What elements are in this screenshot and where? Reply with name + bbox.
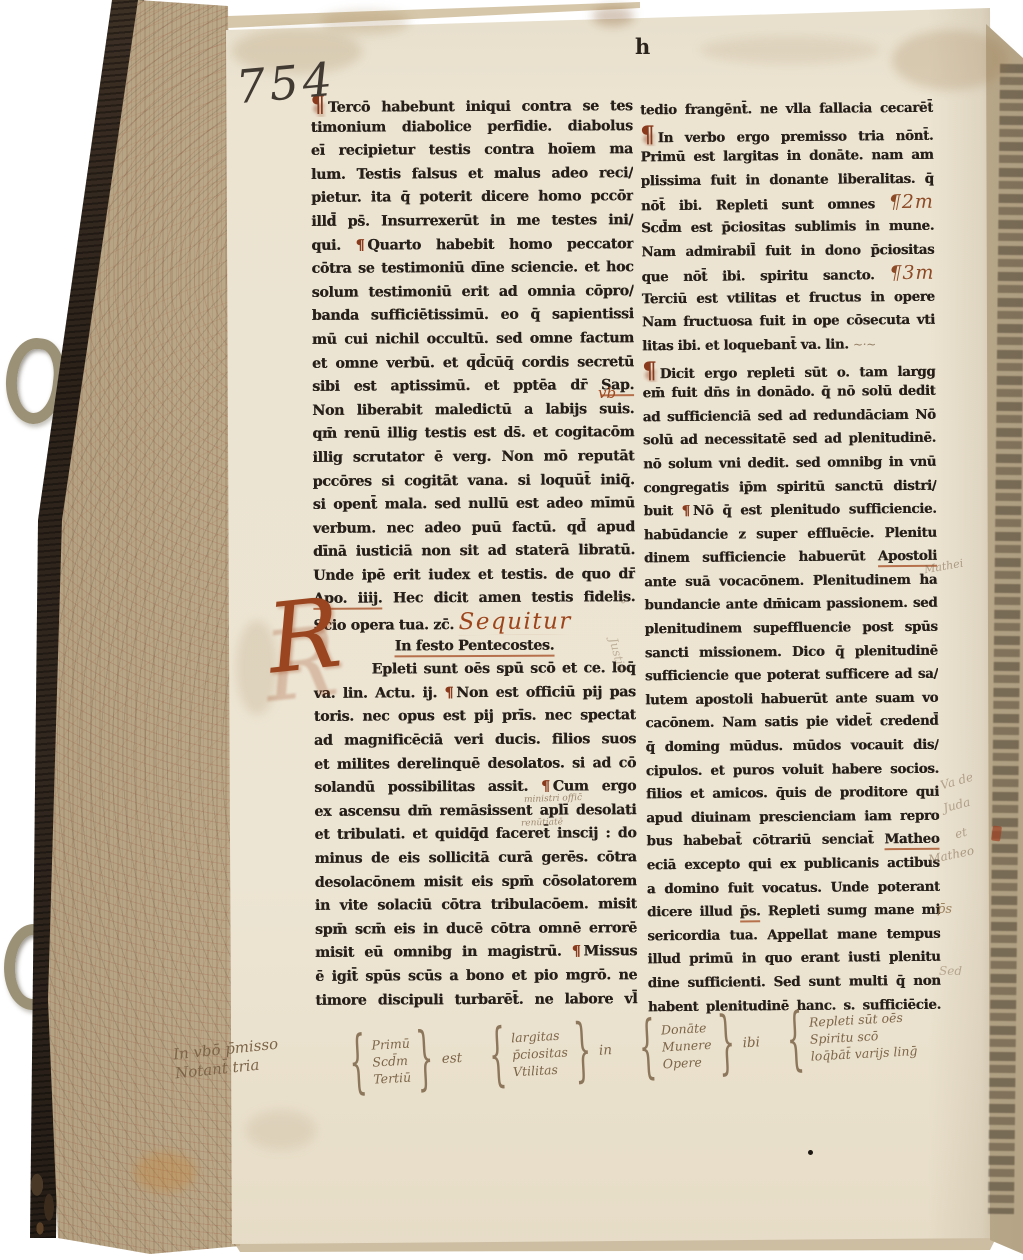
text-line: plenitudinem supeffluencie post spūs xyxy=(645,616,938,642)
signature-mark: h xyxy=(635,34,650,59)
text-line: dīnā iusticiā non sit ad staterā libratū… xyxy=(313,539,635,564)
text-line: solum testimoniū erit ad omnia cōpro/ xyxy=(312,280,634,305)
text-column-right: tedio frangēnt̄. ne vlla fallacia cecarē… xyxy=(640,97,941,1020)
text-line: dinem sufficiencie habuerūt Apostoli xyxy=(644,545,937,571)
text-line: solandū possibilitas assit. ¶Cum ergo xyxy=(314,775,636,800)
bottom-note-group: {largitasp̄ciositasVtilitas}in xyxy=(487,1025,615,1081)
page-stain xyxy=(134,1152,196,1192)
text-line: Scd̄m est p̄ciositas sublimis in mune. xyxy=(641,215,934,241)
text-line: In festo Pentecostes. xyxy=(313,634,635,659)
bottom-note-item: largitas xyxy=(511,1027,568,1045)
text-line: em̄ fuit dn̄s in donādo. q̄ nō solū dedi… xyxy=(642,380,935,406)
text-line: qm̄ renū illig testis est ds̄. et cogita… xyxy=(312,421,634,446)
text-line: buit ¶Nō q̄ est plenitudo sufficiencie. xyxy=(643,498,936,524)
text-line: pccōres si cogitāt vana. si loquūt̄ iniq… xyxy=(313,469,635,494)
text-line: apud diuinam prescienciam iam repro xyxy=(646,805,939,831)
text-line: Terciū est vtilitas et fructus in opere xyxy=(642,285,935,311)
text-line: sericordia tua. Appellat mane tempus xyxy=(647,922,940,948)
red-margin-note: vb xyxy=(598,384,616,402)
text-line: pietur. ita q̄ poterit dicere homo pccōr xyxy=(311,186,633,211)
text-line: Scio opera tua. zc̄. Sequitur xyxy=(313,610,635,635)
bottom-note-items: DonāteMunereOpere xyxy=(661,1020,713,1072)
bottom-note-connector: ibi xyxy=(740,1034,762,1051)
text-line: lum. Testis falsus et malus adeo reci/ xyxy=(311,162,633,187)
bottom-note-item: Donāte xyxy=(661,1020,711,1038)
bottom-note-items: Repleti sūt oēsSpiritu scōloq̄bāt̄ varij… xyxy=(809,1009,918,1064)
text-line: et omne verbū. et qd̄cūq̄ cordis secretū xyxy=(312,351,634,376)
spine-fray xyxy=(28,1172,58,1236)
text-line: filios et amicos. q̄uis de proditore qui xyxy=(646,781,939,807)
brace-close: } xyxy=(715,1003,736,1084)
text-line: dicere illud p̄s. Repleti sumg mane mi xyxy=(647,899,940,925)
text-line: eciā excepto qui ex publicanis actibus xyxy=(647,852,940,878)
bottom-note-items: largitasp̄ciositasVtilitas xyxy=(511,1027,569,1079)
margin-note: Sed xyxy=(939,964,962,978)
text-column-left: ¶Tercō habebunt iniqui contra se testimo… xyxy=(311,91,638,1013)
bottom-note-group: {DonāteMunereOpere}ibi xyxy=(637,1017,764,1072)
text-line: bundancie ante dm̄icam passionem. sed xyxy=(644,592,937,618)
text-line: eī recipietur testis contra hoīem ma xyxy=(311,138,633,163)
text-line: timonium diabolice perfidie. diabolus xyxy=(311,115,633,140)
page-stain xyxy=(246,1110,316,1150)
initial-letter-R: R xyxy=(263,584,345,687)
interlinear-note: ministri offic̄ xyxy=(524,793,582,805)
text-line: ¶In verbo ergo premisso tria nōnt̄. xyxy=(640,120,933,146)
page-stain xyxy=(700,36,880,64)
text-line: cōtra se testimoniū dīne sciencie. et ho… xyxy=(311,256,633,281)
interlinear-note: renūtiatē xyxy=(521,817,563,828)
page-stain xyxy=(892,30,1008,90)
text-line: banda sufficiētissimū. eo q̄ sapientissi xyxy=(312,304,634,329)
page-stain xyxy=(320,10,410,34)
text-line: ad sufficienciā sed ad redundāciam Nō xyxy=(643,403,936,429)
text-line: nō solum vni dedit. sed omnibg in vnū xyxy=(643,451,936,477)
text-line: toris. nec opus est pij prīs. nec specta… xyxy=(314,705,636,730)
text-line: timore discipuli turbarēt̄. ne labore vl… xyxy=(315,988,637,1013)
text-line: Epleti sunt oēs spū scō et ce. loq̄ xyxy=(314,657,636,682)
text-line: cipulos. et puros voluit habere socios. xyxy=(646,757,939,783)
text-line: ante suā vocacōnem. Plenitudinem ha xyxy=(644,569,937,595)
text-line: litas ibi. et loquebant̄ va. lin. ~·~ xyxy=(642,333,935,359)
bottom-note-item: Tertiū xyxy=(373,1070,412,1087)
page-stain xyxy=(592,6,634,26)
text-line: in vite solaciū cōtra tribulacōem. misit xyxy=(315,893,637,918)
text-line: Apo. iiij. Hec dicit amen testis fidelis… xyxy=(313,587,635,612)
bottom-note-item: Vtilitas xyxy=(513,1061,570,1079)
text-line: si opent̄ mala. sed nullū est adeo mīmū xyxy=(313,492,635,517)
text-line: habūdancie z super effluēcie. Plenitu xyxy=(644,521,937,547)
text-line: ¶Tercō habebunt iniqui contra se tes xyxy=(311,91,633,116)
text-line: verbum. nec adeo puū factū. qd̄ apud xyxy=(313,516,635,541)
bottom-note-connector: in xyxy=(596,1041,614,1058)
bottom-note-item: Opere xyxy=(662,1054,712,1072)
text-line: Non liberabit maledictū a labijs suis. xyxy=(312,398,634,423)
text-line: et milites derelinquē desolatos. si ad c… xyxy=(314,752,636,777)
text-line: tedio frangēnt̄. ne vlla fallacia cecarē… xyxy=(640,97,933,123)
text-line: mū cui nichil occultū. sed omne factum xyxy=(312,327,634,352)
ink-dot xyxy=(808,1150,813,1155)
text-line: illud primū in quo erant iusti plenitu xyxy=(647,946,940,972)
text-line: illig scrutator ē verg. Non mō reputāt xyxy=(312,445,634,470)
text-line: bus habebat̄ cōtrariū senciat̄ Matheo xyxy=(646,828,939,854)
bottom-note-item: Scd̄m xyxy=(372,1053,411,1070)
text-line: a domino fuit vocatus. Unde poterant xyxy=(647,875,940,901)
text-line: que nōt̄ ibi. spiritu sancto. ¶3m xyxy=(641,262,934,288)
text-line: Nam admirabil̄ fuit in dono p̄ciositas xyxy=(641,238,934,264)
bottom-note-item: Munere xyxy=(662,1037,712,1055)
text-line: sancti missionem. Dico q̄ plenitudinē xyxy=(645,639,938,665)
text-line: q̄ doming mūdus. mūdos vocauit dis/ xyxy=(646,734,939,760)
text-line: nōt̄ ibi. Repleti sunt omnes ¶2m xyxy=(641,191,934,217)
text-line: congregatis ip̄m spiritū sanctū distri/ xyxy=(643,474,936,500)
text-line: ¶Dicit ergo repleti sūt o. tam largg xyxy=(642,356,935,382)
text-line: Nam fructuosa fuit in ope cōsecuta vti xyxy=(642,309,935,335)
text-line: va. lin. Actu. ij. ¶Non est officiū pij … xyxy=(314,681,636,706)
text-line: plissima fuit in donante liberalitas. q̄ xyxy=(641,168,934,194)
bottom-note-items: PrimūScd̄mTertiū xyxy=(371,1036,412,1087)
bottom-note-item: Primū xyxy=(371,1036,410,1053)
text-line: ad magnificēciā veri ducis. filios suos xyxy=(314,728,636,753)
text-line: misit eū omnibg in magistrū. ¶Missus xyxy=(315,941,637,966)
text-line: sibi est aptissimū. et pptēa dr̄ Sap. xyxy=(312,374,634,399)
bottom-note-group: {Repleti sūt oēsSpiritu scōloq̄bāt̄ vari… xyxy=(785,1009,918,1065)
bottom-note-group: {PrimūScd̄mTertiū}est xyxy=(347,1033,465,1088)
text-line: cacōnem. Nam satis pie videt̄ credend̄ xyxy=(645,710,938,736)
bottom-note-item: p̄ciositas xyxy=(512,1044,569,1062)
text-line: et tribulati. et quidq̄d faceret̄ inscij… xyxy=(314,823,636,848)
bottom-note-connector: est xyxy=(439,1049,464,1066)
text-line: illd̄ ps̄. Insurrexerūt in me testes ini… xyxy=(311,209,633,234)
folio-number: 754 xyxy=(234,52,338,114)
text-line: sufficiencie que poterat sufficere ad sa… xyxy=(645,663,938,689)
text-line: lutem apostoli habuerūt ante suam vo xyxy=(645,687,938,713)
text-line: ex ascensu dm̄ remāsissent aplī desolati xyxy=(314,799,636,824)
text-line: dine sufficienti. Sed sunt multi q̄ non xyxy=(648,970,941,996)
text-line: spm̄ scm̄ eis in ducē cōtra omnē errorē xyxy=(315,917,637,942)
text-line: solū ad necessitatē sed ad plenitudinē. xyxy=(643,427,936,453)
text-line: minus de eis sollicitā curā gerēs. cōtra xyxy=(315,846,637,871)
text-line: Primū est largitas in donāte. nam am xyxy=(640,144,933,170)
book-photograph: ¶Tercō habebunt iniqui contra se testimo… xyxy=(0,0,1023,1260)
margin-note: p̄s xyxy=(937,902,952,917)
text-line: Unde ipē erit iudex et testis. de quo dr… xyxy=(313,563,635,588)
text-line: desolacōnem misit eis spm̄ cōsolatorem xyxy=(315,870,637,895)
text-line: qui. ¶Quarto habebit homo peccator xyxy=(311,233,633,258)
text-line: ē igit̄ spūs scūs a bono et pio mgrō. ne xyxy=(315,964,637,989)
